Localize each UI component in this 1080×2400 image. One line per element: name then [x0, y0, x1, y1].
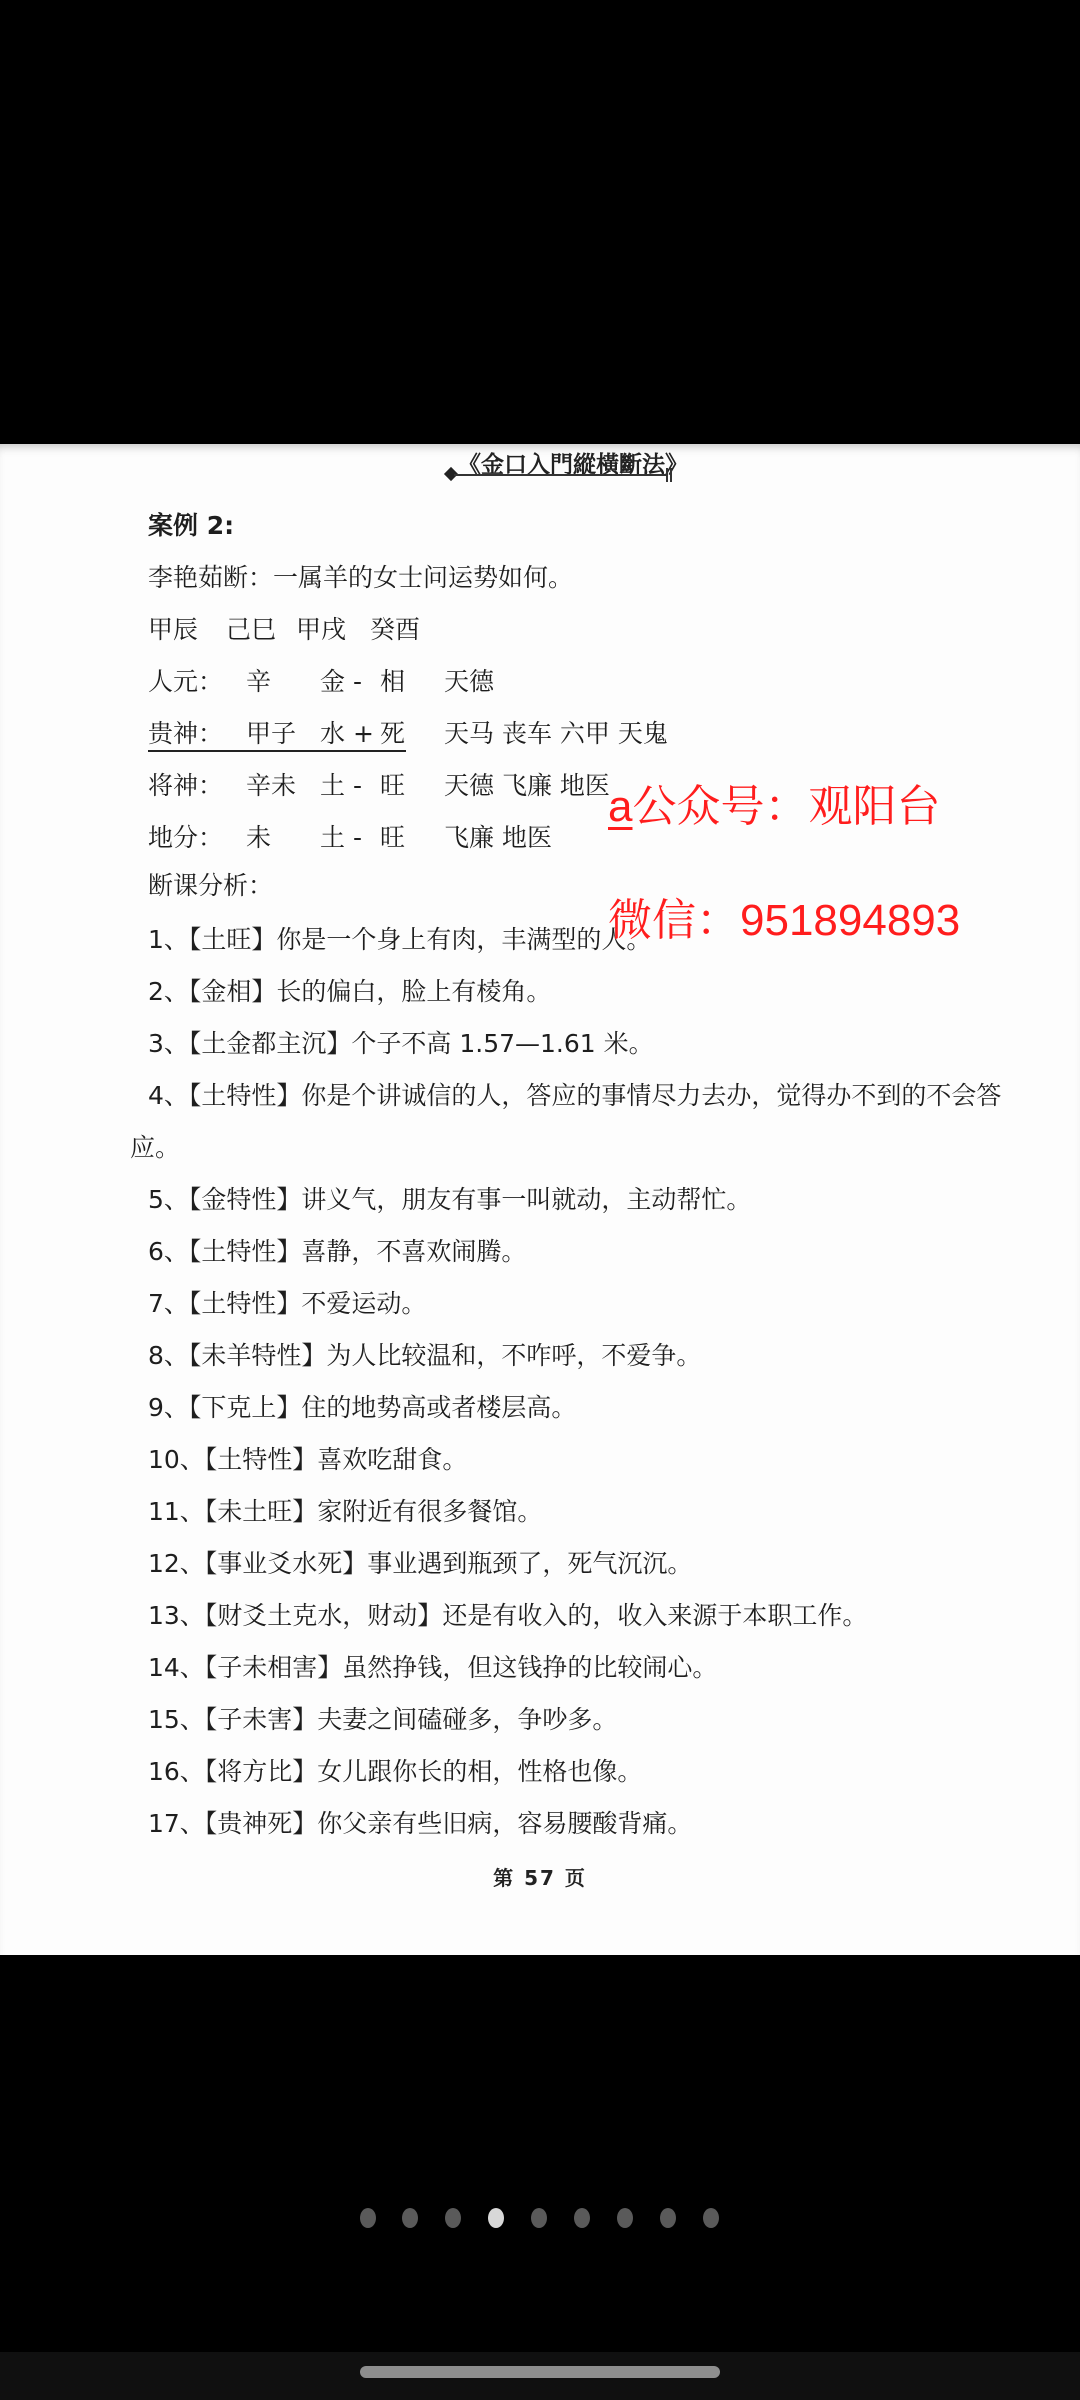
row-state: 相	[380, 667, 405, 697]
page-dot[interactable]	[360, 2208, 376, 2228]
row-element: 水 +	[320, 719, 374, 749]
header-end-bar	[670, 468, 672, 482]
analysis-heading: 断课分析：	[148, 871, 273, 901]
analysis-item: 1、【土旺】你是一个身上有肉，丰满型的人。	[148, 925, 651, 955]
watermark-line1: 公众号：观阳台	[632, 782, 940, 831]
analysis-item: 13、【财爻土克水，财动】还是有收入的，收入来源于本职工作。	[148, 1601, 867, 1631]
row-state: 旺	[380, 823, 405, 853]
case-title: 案例 2:	[148, 511, 234, 541]
row-stem: 辛未	[246, 771, 296, 801]
row-renyuan: 人元： 辛 金 - 相 天德	[148, 667, 748, 697]
row-state: 死	[380, 719, 405, 749]
analysis-item: 8、【未羊特性】为人比较温和，不咋呼，不爱争。	[148, 1341, 701, 1371]
row-guishen: 贵神： 甲子 水 + 死 天马 丧车 六甲 天鬼	[148, 719, 848, 753]
watermark-prefix: a	[608, 782, 632, 831]
question-line: 李艳茹断：一属羊的女士问运势如何。	[148, 563, 573, 593]
row-underline	[148, 750, 406, 752]
row-element: 土 -	[320, 771, 362, 801]
page-dot-active[interactable]	[488, 2208, 504, 2228]
row-label: 将神：	[148, 771, 223, 801]
analysis-item: 9、【下克上】住的地势高或者楼层高。	[148, 1393, 576, 1423]
pillar-hour: 癸酉	[370, 615, 420, 645]
analysis-item: 16、【将方比】女儿跟你长的相，性格也像。	[148, 1757, 642, 1787]
analysis-item: 6、【土特性】喜静，不喜欢闹腾。	[148, 1237, 526, 1267]
pillars-line: 甲辰 己巳 甲戌 癸酉	[148, 615, 648, 645]
row-label: 地分：	[148, 823, 223, 853]
row-spirits: 天德	[444, 667, 494, 697]
analysis-item: 12、【事业爻水死】事业遇到瓶颈了，死气沉沉。	[148, 1549, 692, 1579]
pillar-month: 己巳	[226, 615, 276, 645]
analysis-item: 5、【金特性】讲义气，朋友有事一叫就动，主动帮忙。	[148, 1185, 751, 1215]
row-label: 贵神：	[148, 719, 223, 749]
pillar-year: 甲辰	[148, 615, 198, 645]
page-dot[interactable]	[402, 2208, 418, 2228]
analysis-item-continued: 应。	[130, 1133, 180, 1163]
watermark-wechat: 微信：951894893	[608, 896, 960, 946]
analysis-item: 14、【子未相害】虽然挣钱，但这钱挣的比较闹心。	[148, 1653, 717, 1683]
page-number: 第 57 页	[0, 1862, 1080, 1891]
analysis-item: 15、【子未害】夫妻之间磕碰多，争吵多。	[148, 1705, 617, 1735]
row-stem: 未	[246, 823, 271, 853]
page-dot[interactable]	[531, 2208, 547, 2228]
analysis-item: 17、【贵神死】你父亲有些旧病，容易腰酸背痛。	[148, 1809, 692, 1839]
page-dot[interactable]	[660, 2208, 676, 2228]
row-spirits: 天德 飞廉 地医	[444, 771, 610, 801]
analysis-item: 11、【未土旺】家附近有很多餐馆。	[148, 1497, 542, 1527]
row-spirits: 天马 丧车 六甲 天鬼	[444, 719, 668, 749]
analysis-item: 10、【土特性】喜欢吃甜食。	[148, 1445, 467, 1475]
row-label: 人元：	[148, 667, 223, 697]
row-element: 土 -	[320, 823, 362, 853]
analysis-item: 2、【金相】长的偏白，脸上有棱角。	[148, 977, 551, 1007]
watermark-account: a公众号：观阳台	[608, 782, 940, 832]
row-element: 金 -	[320, 667, 362, 697]
document-page: 《金口入門縱橫斷法》 案例 2: 李艳茹断：一属羊的女士问运势如何。 甲辰 己巳…	[0, 444, 1080, 1955]
pillar-day: 甲戌	[296, 615, 346, 645]
page-dot[interactable]	[574, 2208, 590, 2228]
header-rule	[454, 474, 666, 476]
row-stem: 甲子	[246, 719, 296, 749]
page-indicator[interactable]	[360, 2208, 720, 2228]
header-end-bar	[666, 468, 668, 482]
page-dot[interactable]	[617, 2208, 633, 2228]
book-header: 《金口入門縱橫斷法》	[440, 444, 690, 484]
analysis-item: 3、【土金都主沉】个子不高 1.57—1.61 米。	[148, 1029, 654, 1059]
home-indicator-bar[interactable]	[360, 2366, 720, 2378]
row-spirits: 飞廉 地医	[444, 823, 552, 853]
analysis-item: 4、【土特性】你是个讲诚信的人，答应的事情尽力去办，觉得办不到的不会答	[148, 1081, 1001, 1111]
page-dot[interactable]	[445, 2208, 461, 2228]
page-dot[interactable]	[703, 2208, 719, 2228]
row-stem: 辛	[246, 667, 271, 697]
analysis-item: 7、【土特性】不爱运动。	[148, 1289, 426, 1319]
row-state: 旺	[380, 771, 405, 801]
